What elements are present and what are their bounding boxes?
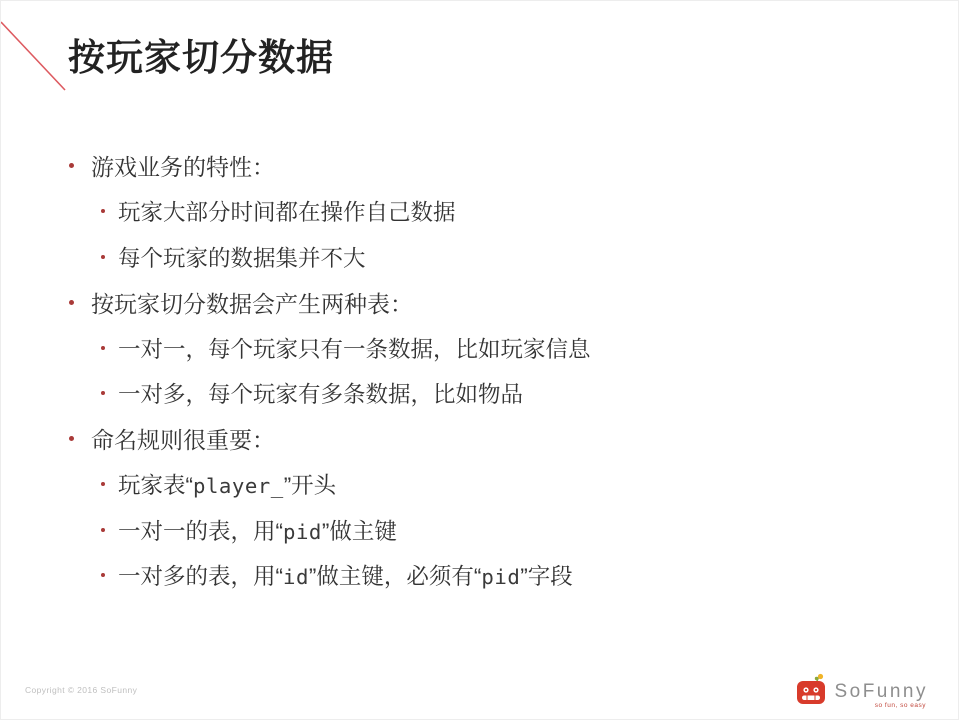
bullet-text: 一对多的表，用“id”做主键，必须有“pid”字段 xyxy=(118,559,573,591)
sub-bullet-item: 一对多，每个玩家有多条数据，比如物品 xyxy=(67,371,897,417)
text-segment: 一对一的表，用“ xyxy=(118,519,283,544)
copyright-text: Copyright © 2016 SoFunny xyxy=(25,685,137,695)
bullet-dot xyxy=(101,573,105,577)
slide: 按玩家切分数据 游戏业务的特性：玩家大部分时间都在操作自己数据每个玩家的数据集并… xyxy=(0,0,959,720)
bullet-text: 一对一，每个玩家只有一条数据，比如玩家信息 xyxy=(118,332,591,364)
bullet-dot xyxy=(101,255,105,259)
text-segment: 每个玩家的数据集并不大 xyxy=(118,246,366,271)
logo-text-block: SoFunny so fun, so easy xyxy=(834,682,928,701)
bullet-text: 命名规则很重要： xyxy=(91,422,275,455)
bullet-dot xyxy=(101,528,105,532)
bullet-dot xyxy=(101,346,105,350)
text-segment: ”开头 xyxy=(284,473,337,498)
sub-bullet-item: 一对多的表，用“id”做主键，必须有“pid”字段 xyxy=(67,553,897,599)
bullet-text: 每个玩家的数据集并不大 xyxy=(118,241,366,273)
sub-bullet-item: 每个玩家的数据集并不大 xyxy=(67,234,897,280)
sub-bullet-item: 一对一，每个玩家只有一条数据，比如玩家信息 xyxy=(67,325,897,371)
bullet-item: 命名规则很重要： xyxy=(67,416,897,462)
code-text: pid xyxy=(283,520,322,544)
bullet-dot xyxy=(69,163,74,168)
sub-bullet-item: 玩家大部分时间都在操作自己数据 xyxy=(67,189,897,235)
bullet-item: 游戏业务的特性： xyxy=(67,143,897,189)
bullet-dot xyxy=(101,209,105,213)
code-text: id xyxy=(283,565,309,589)
page-title: 按玩家切分数据 xyxy=(68,27,334,81)
sub-bullet-item: 玩家表“player_”开头 xyxy=(67,462,897,508)
bullet-dot xyxy=(101,482,105,486)
bullet-text: 一对一的表，用“pid”做主键 xyxy=(118,514,397,546)
bullet-text: 一对多，每个玩家有多条数据，比如物品 xyxy=(118,377,523,409)
text-segment: 一对多，每个玩家有多条数据，比如物品 xyxy=(118,382,523,407)
bullet-item: 按玩家切分数据会产生两种表： xyxy=(67,280,897,326)
bullet-text: 玩家大部分时间都在操作自己数据 xyxy=(118,195,456,227)
text-segment: 一对一，每个玩家只有一条数据，比如玩家信息 xyxy=(118,337,591,362)
bullet-dot xyxy=(69,436,74,441)
text-segment: 游戏业务的特性： xyxy=(91,154,275,180)
diagonal-accent-line xyxy=(1,1,73,97)
bullet-text: 玩家表“player_”开头 xyxy=(118,468,336,500)
logo-tagline: so fun, so easy xyxy=(875,702,926,709)
text-segment: 玩家表“ xyxy=(118,473,193,498)
bullet-text: 按玩家切分数据会产生两种表： xyxy=(91,286,413,319)
text-segment: 一对多的表，用“ xyxy=(118,564,283,589)
text-segment: ”做主键 xyxy=(322,519,397,544)
sofunny-logo: SoFunny so fun, so easy xyxy=(794,673,928,709)
code-text: pid xyxy=(481,565,520,589)
code-text: player_ xyxy=(193,474,284,498)
bullet-text: 游戏业务的特性： xyxy=(91,149,275,182)
text-segment: 命名规则很重要： xyxy=(91,427,275,453)
sub-bullet-item: 一对一的表，用“pid”做主键 xyxy=(67,507,897,553)
logo-name: SoFunny xyxy=(834,682,928,701)
bullet-list: 游戏业务的特性：玩家大部分时间都在操作自己数据每个玩家的数据集并不大按玩家切分数… xyxy=(67,143,897,598)
sofunny-mascot-icon xyxy=(794,673,828,709)
text-segment: 按玩家切分数据会产生两种表： xyxy=(91,291,413,317)
bullet-dot xyxy=(101,391,105,395)
text-segment: 玩家大部分时间都在操作自己数据 xyxy=(118,200,456,225)
bullet-dot xyxy=(69,300,74,305)
text-segment: ”字段 xyxy=(520,564,573,589)
text-segment: ”做主键，必须有“ xyxy=(309,564,482,589)
